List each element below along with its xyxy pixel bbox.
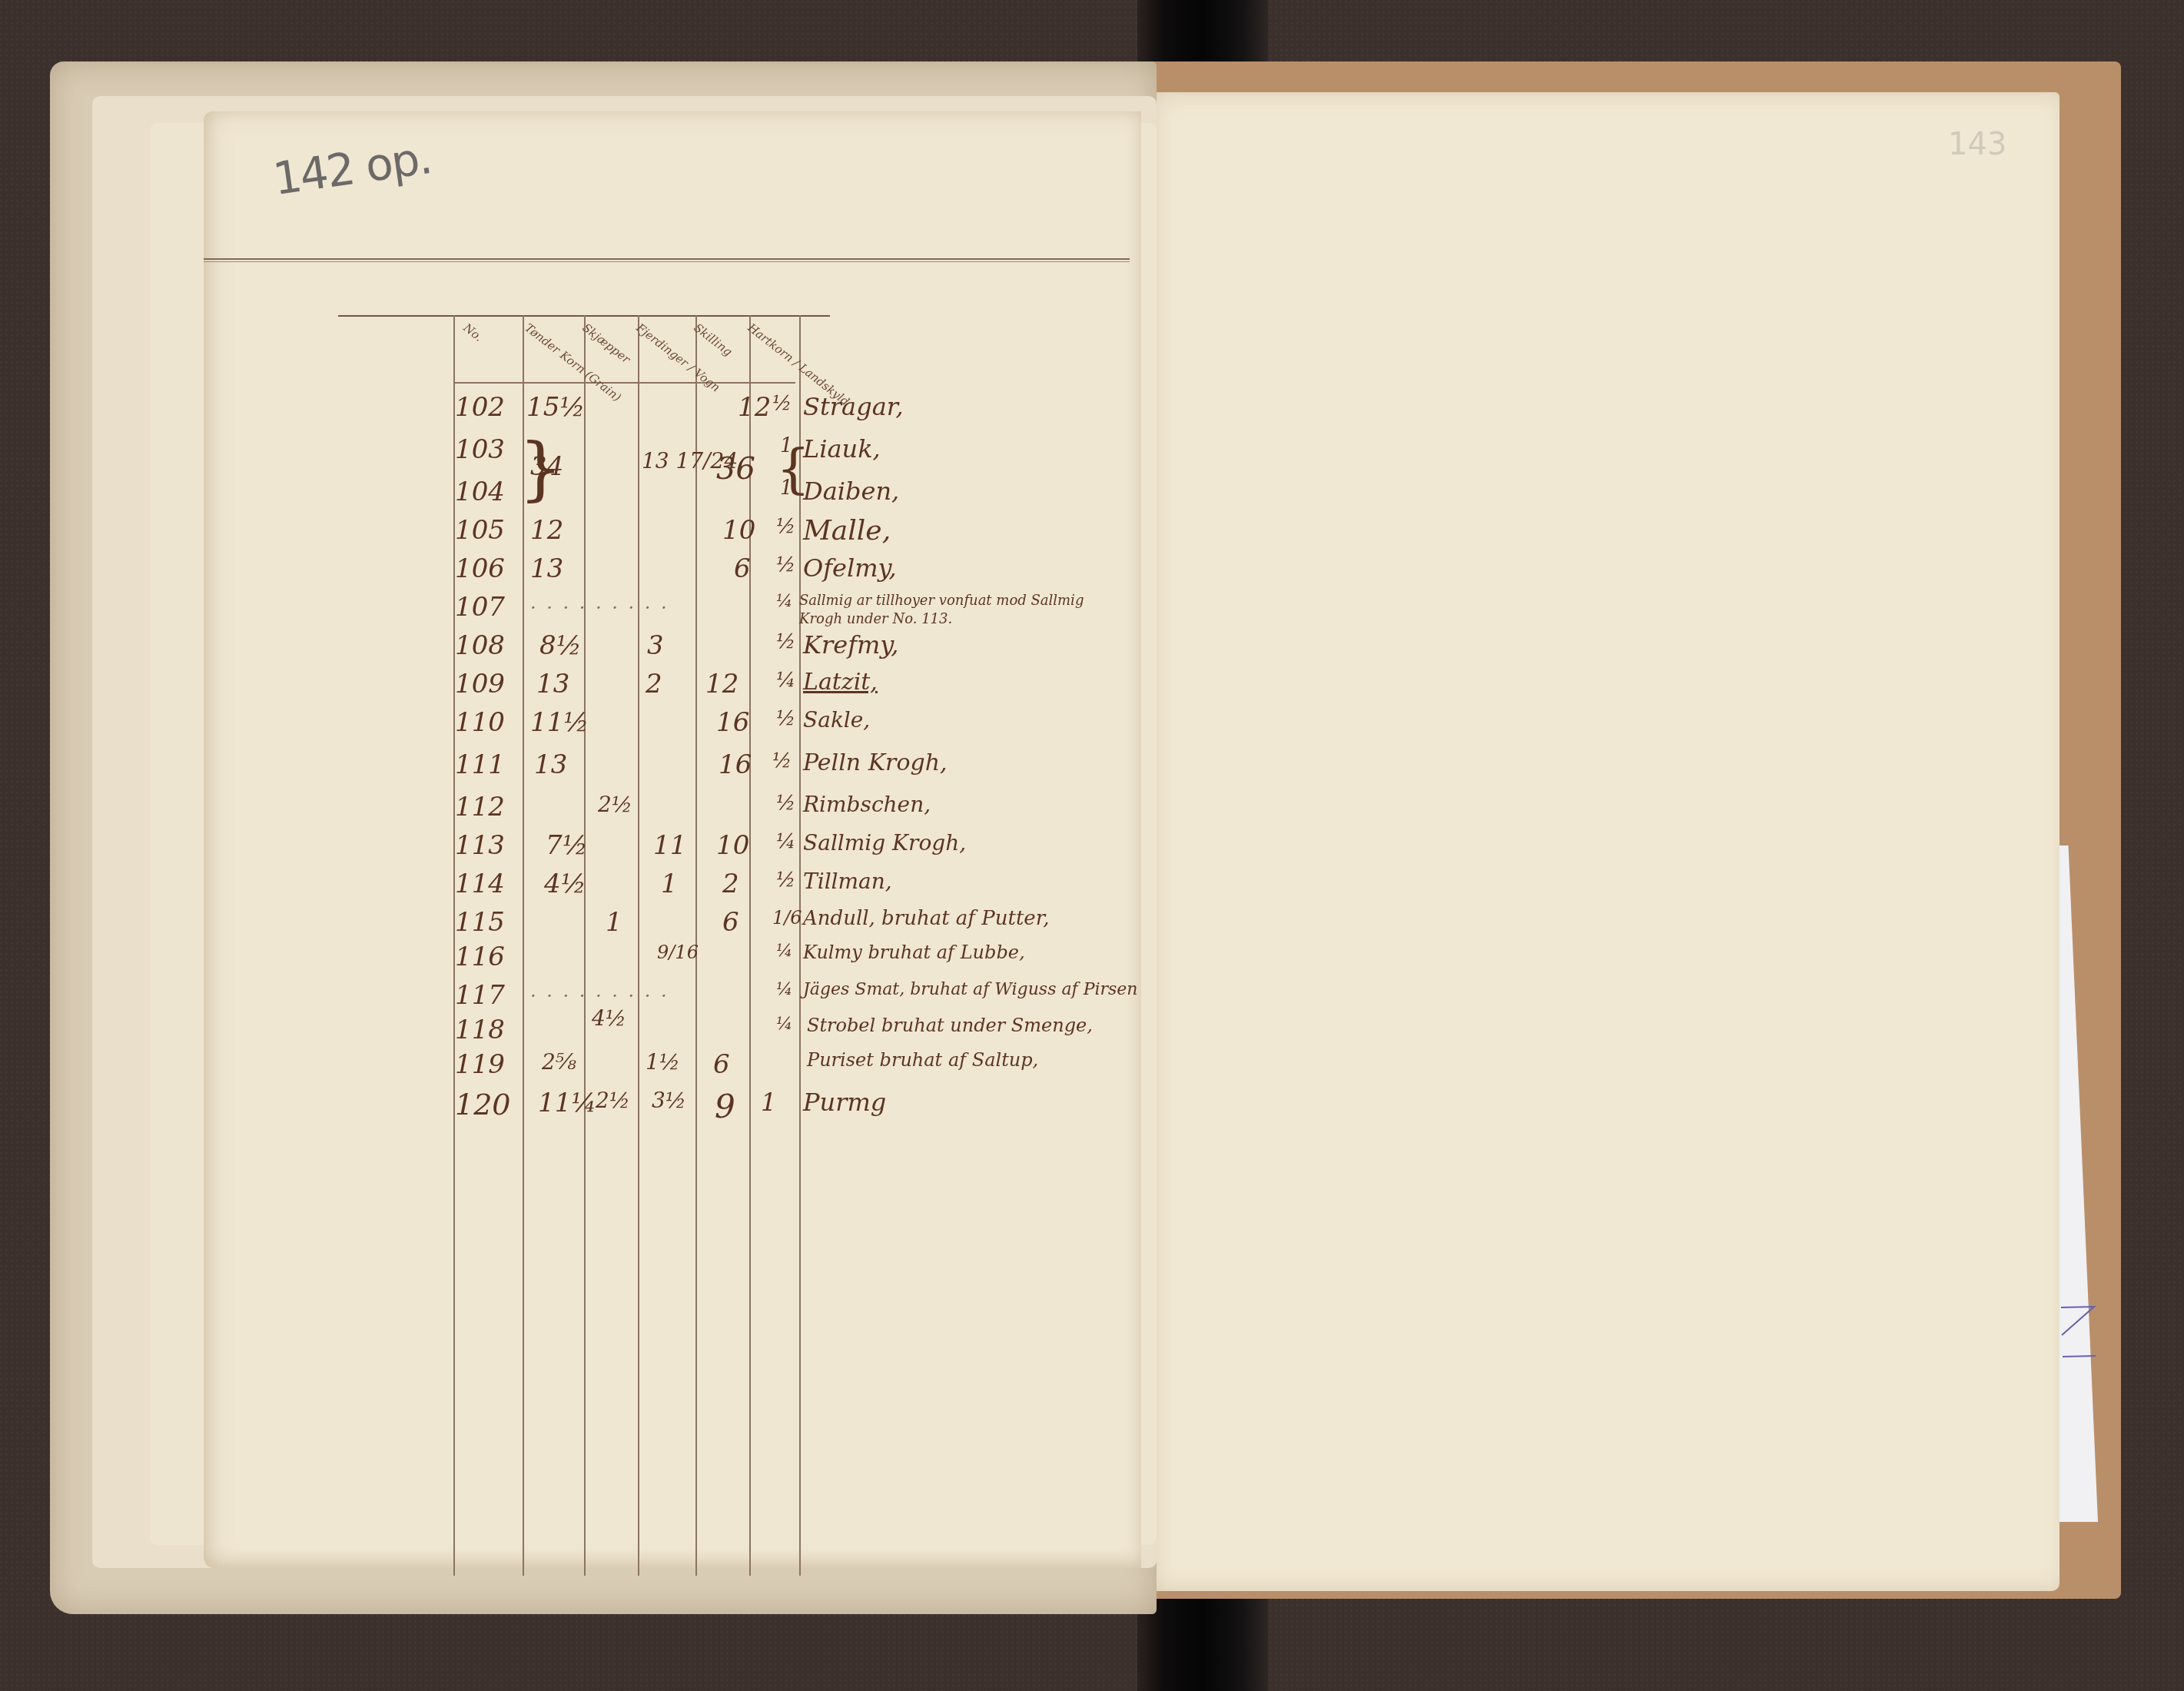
cell-col5: 1/6 <box>772 907 802 929</box>
column-header-5: Hartkorn / Landskyld <box>716 321 795 402</box>
cell-col5: ½ <box>776 792 795 815</box>
cell-col1: 11½ <box>530 707 589 738</box>
cell-col5: ¼ <box>776 830 795 853</box>
cell-col1: 13 <box>530 553 563 584</box>
row-number: 108 <box>455 630 505 661</box>
row-number: 105 <box>455 515 505 546</box>
ledger-row: 118 4½ ¼ Strobel bruhat under Smenge, <box>338 1015 1183 1053</box>
ledger-row: 110 11½ 16 ½ Sakle, <box>338 707 1183 746</box>
row-number: 106 <box>455 553 505 584</box>
row-number: 117 <box>455 980 505 1011</box>
cell-col3: 3 <box>647 630 664 661</box>
page-header-rule <box>204 258 1130 260</box>
cell-col5: ½ <box>776 869 795 892</box>
row-number: 115 <box>455 907 505 938</box>
cell-name: Sakle, <box>803 707 870 733</box>
cell-col4: 12 <box>738 392 771 423</box>
cell-name: Malle, <box>803 515 891 547</box>
cell-col1: 12 <box>530 515 563 546</box>
page-header-rule-double <box>204 261 1130 262</box>
cell-col1: 15½ <box>526 392 585 423</box>
ledger-row: 115 1 6 1/6 Andull, bruhat af Putter, <box>338 907 1183 945</box>
cell-name: Strobel bruhat under Smenge, <box>807 1015 1093 1036</box>
ledger-row: 102 15½ 12 ½ Stragar, <box>338 392 1183 430</box>
ledger-row: 105 12 10 ½ Malle, <box>338 515 1183 553</box>
cell-col3: 1½ <box>646 1049 680 1075</box>
cell-col5: ¼ <box>776 592 792 611</box>
cell-name: Sallmig Krogh, <box>803 830 966 855</box>
cell-col3: 9/16 <box>657 942 699 963</box>
cell-col4: 6 <box>713 1049 730 1080</box>
row-number: 107 <box>455 592 505 623</box>
cell-col1: 7½ <box>546 830 588 861</box>
row-number: 118 <box>455 1015 505 1045</box>
cell-col3: 3½ <box>652 1088 686 1113</box>
ledger-row: 107 . . . . . . . . . ¼ Sallmig ar tillh… <box>338 592 1183 630</box>
cell-col5: 1 <box>780 477 793 500</box>
ledger-row: 109 13 2 12 ¼ Latzit, <box>338 669 1183 707</box>
cell-col4: 6 <box>722 907 739 938</box>
row-number: 112 <box>455 792 505 822</box>
cell-col5: ½ <box>772 749 792 772</box>
cell-name: Ofelmy, <box>803 553 897 583</box>
blue-pen-mark-icon <box>2060 1303 2098 1360</box>
row-number: 116 <box>455 942 505 972</box>
cell-col4: 16 <box>716 707 749 738</box>
ledger-row: 106 13 6 ½ Ofelmy, <box>338 553 1183 592</box>
cell-col4: 16 <box>719 749 752 780</box>
cell-col3: 1 <box>661 869 678 899</box>
ledger-row: 112 2½ ½ Rimbschen, <box>338 792 1183 830</box>
cell-empty-dots: . . . . . . . . . <box>530 592 669 613</box>
cell-col4: 12 <box>705 669 739 699</box>
cell-col2: 4½ <box>592 1005 626 1031</box>
cell-name: Kulmy bruhat af Lubbe, <box>803 942 1025 963</box>
row-number: 103 <box>455 434 505 465</box>
ledger-row: 119 2⅝ 1½ 6 Puriset bruhat af Saltup, <box>338 1049 1183 1088</box>
cell-col1: 8½ <box>539 630 582 661</box>
cell-col2: 2½ <box>598 792 632 817</box>
right-folio-number: 143 <box>1948 127 2006 162</box>
ledger-row: 104 1 Daiben, <box>338 477 1183 515</box>
cell-col1: 13 <box>534 749 567 780</box>
cell-col2: 2½ <box>596 1088 630 1113</box>
cell-col4: 2 <box>722 869 739 899</box>
cell-col4: 9 <box>715 1088 735 1125</box>
cell-col5: ½ <box>776 630 795 653</box>
cell-col5: ½ <box>776 515 795 538</box>
cell-name: Tillman, <box>803 869 892 894</box>
cell-col5: ½ <box>776 707 795 730</box>
row-number: 119 <box>455 1049 505 1080</box>
row-number: 102 <box>455 392 505 423</box>
cell-col4: 10 <box>722 515 755 546</box>
ledger-row: 113 7½ 11 10 ¼ Sallmig Krogh, <box>338 830 1183 869</box>
row-number: 109 <box>455 669 505 699</box>
row-number: 110 <box>455 707 505 738</box>
cell-name: Liauk, <box>803 434 881 463</box>
cell-col1: 13 <box>536 669 569 699</box>
ledger-row: 111 13 16 ½ Pelln Krogh, <box>338 749 1183 788</box>
column-headers: No. Tønder Korn (Grain) Skjæpper Fjerdin… <box>453 321 799 383</box>
cell-name: Rimbschen, <box>803 792 931 817</box>
cell-name: Latzit, <box>803 669 878 696</box>
cell-name: Andull, bruhat af Putter, <box>803 907 1050 930</box>
cell-empty-dots: . . . . . . . . . <box>530 980 669 1002</box>
cell-col5: ½ <box>772 392 792 415</box>
row-number: 120 <box>455 1088 511 1121</box>
ledger-row: 116 9/16 ¼ Kulmy bruhat af Lubbe, <box>338 942 1183 980</box>
cell-col4: 6 <box>734 553 751 584</box>
cell-col1: 4½ <box>544 869 586 899</box>
cell-name: Purmg <box>803 1088 886 1117</box>
cell-col2: 1 <box>606 907 622 938</box>
cell-name: Puriset bruhat af Saltup, <box>807 1049 1038 1071</box>
row-number: 114 <box>455 869 505 899</box>
right-page-blank <box>1145 92 2060 1591</box>
cell-col1: 11¼ <box>538 1088 596 1118</box>
cell-name: Pelln Krogh, <box>803 749 948 776</box>
cell-col3: 2 <box>646 669 662 699</box>
cell-col5: ¼ <box>776 1015 792 1034</box>
cell-col5: ¼ <box>776 980 792 999</box>
cell-col5: 1 <box>761 1088 776 1117</box>
ledger-row: 114 4½ 1 2 ½ Tillman, <box>338 869 1183 907</box>
row-number: 113 <box>455 830 505 861</box>
row-number: 104 <box>455 477 505 507</box>
cell-col5: ½ <box>776 553 795 576</box>
cell-col5: ¼ <box>776 942 792 961</box>
cell-name: Krefmy, <box>803 630 898 659</box>
cell-name-note: Sallmig ar tillhoyer vonfuat mod Sallmig… <box>799 592 1122 629</box>
ledger-row: 120 11¼ 2½ 3½ 9 1 Purmg <box>338 1088 1183 1126</box>
ledger-row: 108 8½ 3 ½ Krefmy, <box>338 630 1183 669</box>
cell-name: Daiben, <box>803 477 899 506</box>
cell-col4: 10 <box>716 830 749 861</box>
ledger-row: 117 . . . . . . . . . ¼ Jäges Smat, bruh… <box>338 980 1183 1018</box>
cell-col5: ¼ <box>776 669 795 692</box>
cell-name: Jäges Smat, bruhat af Wiguss af Pirsen <box>803 980 1138 999</box>
cell-col1: 2⅝ <box>542 1049 576 1075</box>
row-number: 111 <box>455 749 505 780</box>
cell-col3: 11 <box>653 830 686 861</box>
ledger-row: 103 34 13 17/24 36 1 Liauk, <box>338 434 1183 473</box>
cell-name: Stragar, <box>803 392 904 421</box>
